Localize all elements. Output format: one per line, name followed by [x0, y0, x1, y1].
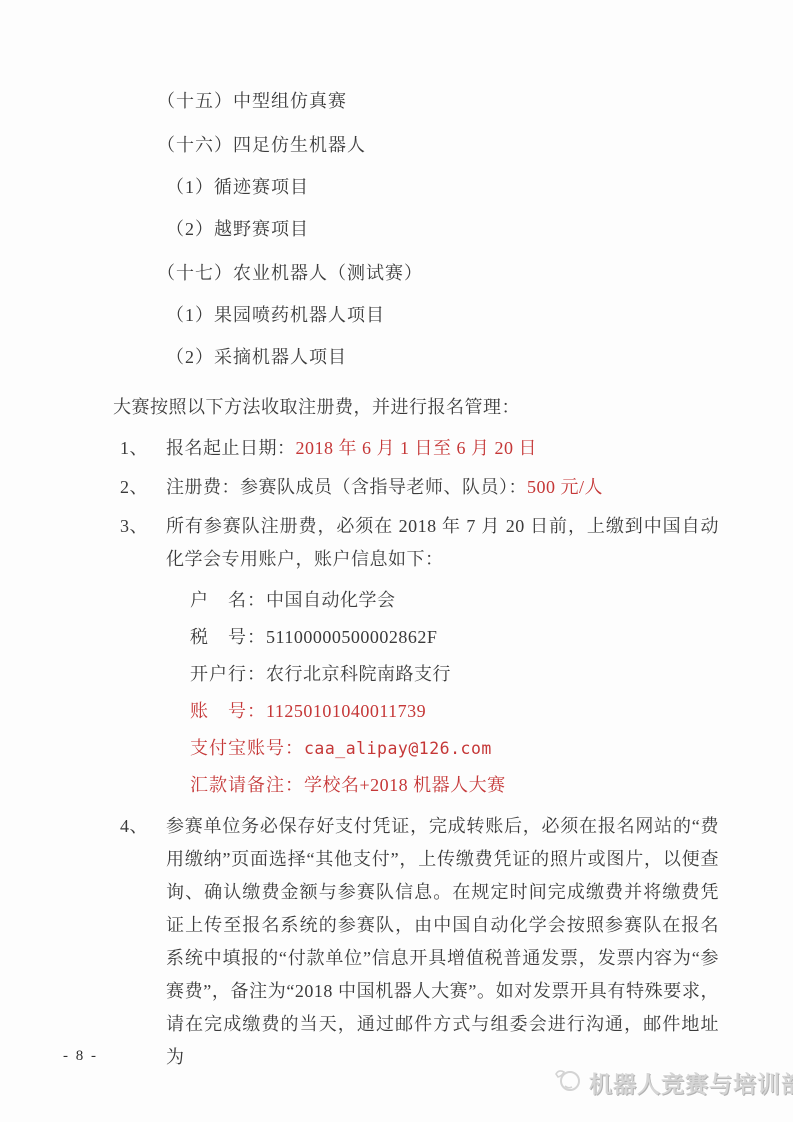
item-title: 采摘机器人项目	[214, 347, 347, 367]
numbered-item-3: 3、 所有参赛队注册费，必须在 2018 年 7 月 20 日前，上缴到中国自动…	[120, 510, 793, 576]
document-page: （十五）中型组仿真赛（十六）四足仿生机器人（1）循迹赛项目（2）越野赛项目（十七…	[0, 0, 793, 1122]
competition-item: （1）循迹赛项目	[166, 166, 793, 208]
account-field-label: 户 名：	[190, 590, 266, 610]
item-number: 1、	[120, 432, 166, 465]
text-run: 2018 年 6 月 1 日至 6 月 20 日	[296, 438, 538, 458]
item-label: （1）	[166, 177, 214, 197]
item-title: 中型组仿真赛	[233, 91, 347, 111]
text-run: 报名起止日期：	[166, 438, 296, 458]
numbered-item-4: 4、 参赛单位务必保存好支付凭证，完成转账后，必须在报名网站的“费用缴纳”页面选…	[120, 810, 793, 1074]
account-row: 账 号：11250101040011739	[190, 693, 793, 730]
item-number: 2、	[120, 471, 166, 504]
item-label: （2）	[166, 219, 214, 239]
text-run: 500 元/人	[527, 477, 603, 497]
item-label: （2）	[166, 347, 214, 367]
account-field-label: 支付宝账号：	[190, 738, 304, 758]
numbered-item-1: 1、 报名起止日期：2018 年 6 月 1 日至 6 月 20 日	[120, 432, 793, 465]
document-content: （十五）中型组仿真赛（十六）四足仿生机器人（1）循迹赛项目（2）越野赛项目（十七…	[0, 78, 793, 1074]
text-run: 注册费：参赛队成员（含指导老师、队员）：	[166, 477, 527, 497]
account-field-value: 农行北京科院南路支行	[266, 664, 451, 684]
item-title: 四足仿生机器人	[233, 135, 366, 155]
item-label: （1）	[166, 305, 214, 325]
text-run: 所有参赛队注册费，必须在 2018 年 7 月 20 日前，上缴到中国自动化学会…	[166, 516, 719, 569]
item-text: 注册费：参赛队成员（含指导老师、队员）：500 元/人	[166, 471, 719, 504]
account-field-value: 学校名+2018 机器人大赛	[304, 775, 506, 795]
item-text: 所有参赛队注册费，必须在 2018 年 7 月 20 日前，上缴到中国自动化学会…	[166, 510, 719, 576]
competition-item: （2）采摘机器人项目	[166, 336, 793, 378]
account-row: 开户行：农行北京科院南路支行	[190, 656, 793, 693]
competition-item: （十六）四足仿生机器人	[157, 124, 793, 166]
bank-account-info: 户 名：中国自动化学会税 号：51100000500002862F开户行：农行北…	[190, 582, 793, 804]
account-row: 汇款请备注：学校名+2018 机器人大赛	[190, 767, 793, 804]
item-text: 参赛单位务必保存好支付凭证，完成转账后，必须在报名网站的“费用缴纳”页面选择“其…	[166, 810, 719, 1074]
intro-paragraph: 大赛按照以下方法收取注册费，并进行报名管理：	[113, 388, 793, 426]
account-field-value: caa_alipay@126.com	[304, 739, 492, 758]
watermark-label: 机器人竞赛与培训部	[589, 1066, 793, 1099]
item-number: 3、	[120, 510, 166, 576]
item-number: 4、	[120, 810, 166, 1074]
account-row: 税 号：51100000500002862F	[190, 619, 793, 656]
watermark: 机器人竞赛与培训部	[552, 1066, 793, 1099]
account-row: 支付宝账号：caa_alipay@126.com	[190, 730, 793, 767]
item-title: 农业机器人（测试赛）	[233, 263, 423, 283]
account-field-label: 汇款请备注：	[190, 775, 304, 795]
item-label: （十七）	[157, 263, 233, 283]
text-run: 参赛单位务必保存好支付凭证，完成转账后，必须在报名网站的“费用缴纳”页面选择“其…	[166, 816, 719, 1067]
watermark-logo-icon	[552, 1066, 582, 1099]
item-label: （十五）	[157, 91, 233, 111]
account-row: 户 名：中国自动化学会	[190, 582, 793, 619]
item-title: 果园喷药机器人项目	[214, 305, 385, 325]
competition-item: （十五）中型组仿真赛	[157, 80, 793, 122]
item-label: （十六）	[157, 135, 233, 155]
competition-item: （1）果园喷药机器人项目	[166, 294, 793, 336]
account-field-label: 开户行：	[190, 664, 266, 684]
competition-item: （2）越野赛项目	[166, 208, 793, 250]
item-title: 循迹赛项目	[214, 177, 309, 197]
page-number: - 8 -	[63, 1048, 98, 1065]
numbered-item-2: 2、 注册费：参赛队成员（含指导老师、队员）：500 元/人	[120, 471, 793, 504]
competition-item: （十七）农业机器人（测试赛）	[157, 252, 793, 294]
account-field-label: 税 号：	[190, 627, 266, 647]
item-title: 越野赛项目	[214, 219, 309, 239]
item-text: 报名起止日期：2018 年 6 月 1 日至 6 月 20 日	[166, 432, 719, 465]
account-field-value: 11250101040011739	[266, 701, 426, 721]
account-field-label: 账 号：	[190, 701, 266, 721]
competition-list: （十五）中型组仿真赛（十六）四足仿生机器人（1）循迹赛项目（2）越野赛项目（十七…	[0, 80, 793, 378]
account-field-value: 中国自动化学会	[266, 590, 396, 610]
account-field-value: 51100000500002862F	[266, 627, 437, 647]
